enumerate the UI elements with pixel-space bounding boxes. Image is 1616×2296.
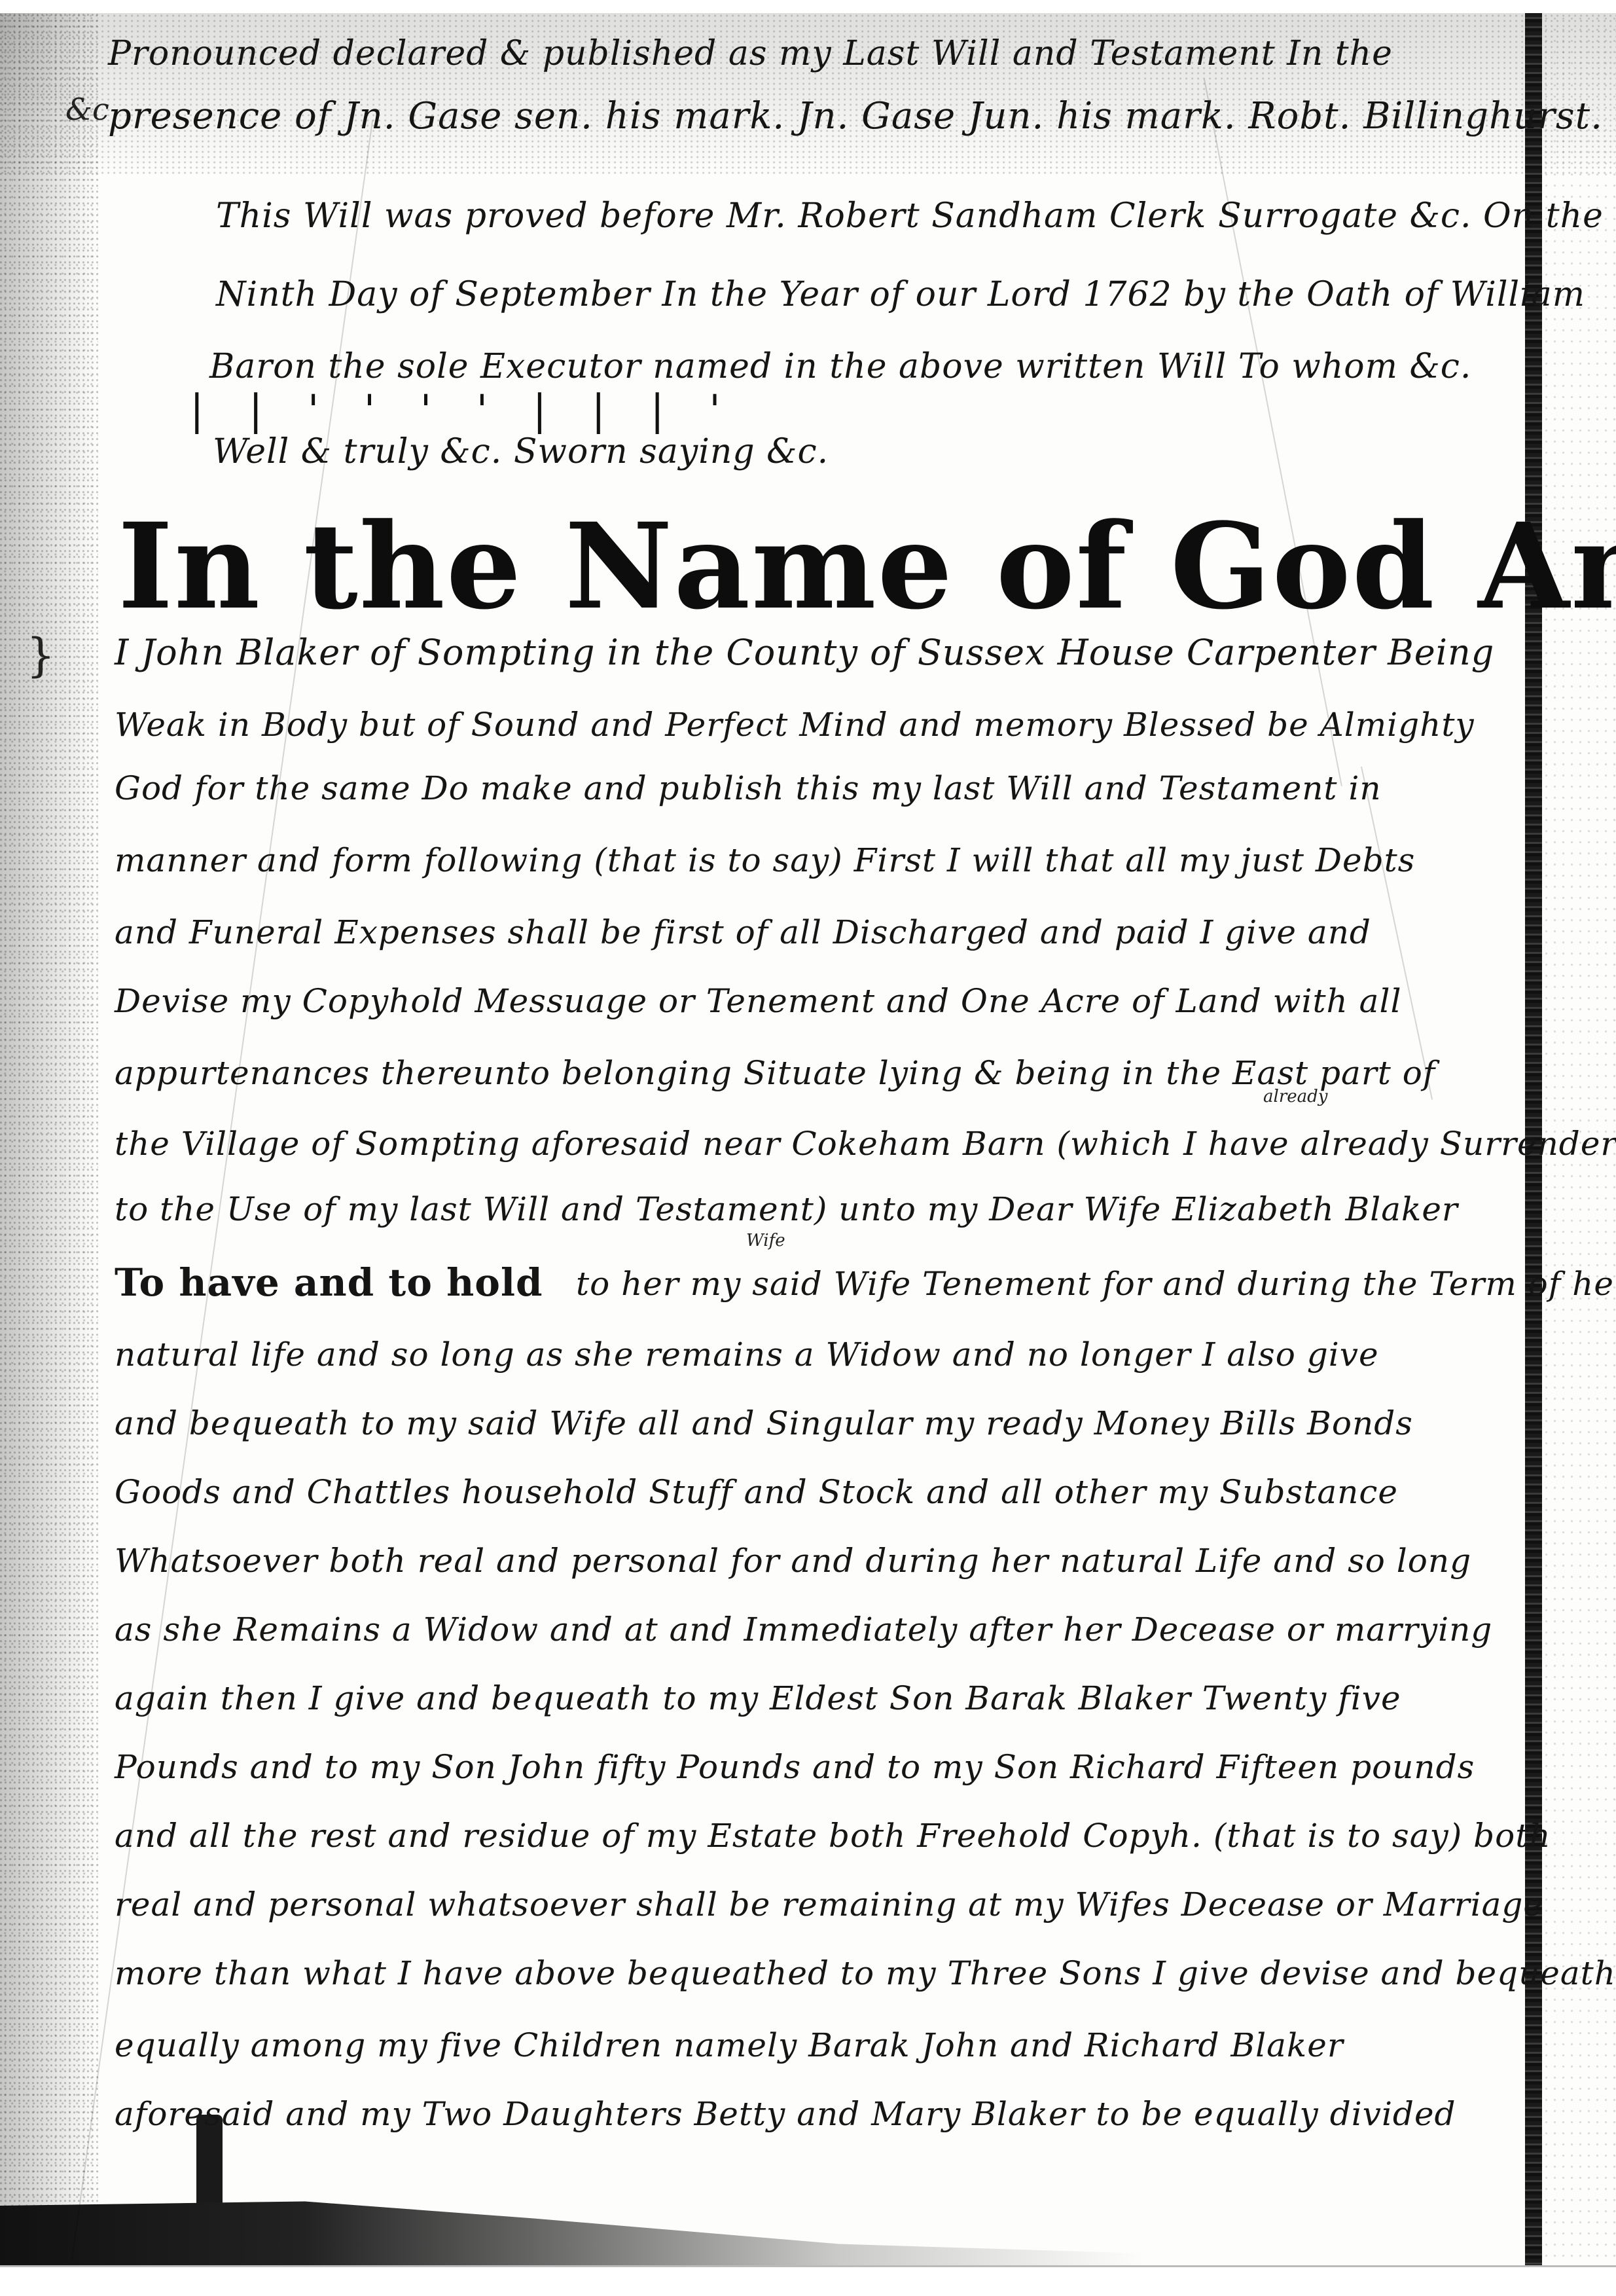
scan-top-border bbox=[0, 0, 1616, 13]
probate-line-2-witnesses: presence of Jn. Gase sen. his mark. Jn. … bbox=[108, 95, 1603, 137]
body-line-8: the Village of Sompting aforesaid near C… bbox=[115, 1125, 1616, 1163]
body-line-22: aforesaid and my Two Daughters Betty and… bbox=[115, 2095, 1456, 2133]
body-line-3: God for the same Do make and publish thi… bbox=[115, 769, 1382, 807]
body-line-12: and bequeath to my said Wife all and Sin… bbox=[115, 1404, 1413, 1442]
body-line-2: Weak in Body but of Sound and Perfect Mi… bbox=[115, 706, 1475, 744]
body-line-21: equally among my five Children namely Ba… bbox=[115, 2026, 1344, 2064]
body-line-20: more than what I have above bequeathed t… bbox=[115, 1954, 1616, 1992]
margin-note-probate: &c bbox=[65, 92, 109, 127]
body-line-19: real and personal whatsoever shall be re… bbox=[115, 1886, 1543, 1923]
mark-strokes: | | ' ' ' ' | | | ' bbox=[190, 386, 736, 435]
scan-bottom-border bbox=[0, 2265, 1616, 2296]
body-line-6: Devise my Copyhold Messuage or Tenement … bbox=[115, 982, 1401, 1020]
to-have-and-to-hold: To have and to hold bbox=[115, 1260, 543, 1305]
interlinear-wife: Wife bbox=[746, 1231, 785, 1250]
body-line-9: to the Use of my last Will and Testament… bbox=[115, 1190, 1458, 1228]
scan-noise-left bbox=[0, 13, 98, 2265]
crease-line bbox=[1361, 767, 1433, 1100]
will-heading: In the Name of God Amen bbox=[118, 498, 1505, 636]
body-line-17: Pounds and to my Son John fifty Pounds a… bbox=[115, 1748, 1475, 1786]
body-line-7: appurtenances thereunto belonging Situat… bbox=[115, 1054, 1435, 1092]
body-line-16: again then I give and bequeath to my Eld… bbox=[115, 1679, 1401, 1717]
body-line-11: natural life and so long as she remains … bbox=[115, 1336, 1379, 1374]
body-line-4: manner and form following (that is to sa… bbox=[115, 841, 1415, 879]
body-line-15: as she Remains a Widow and at and Immedi… bbox=[115, 1611, 1492, 1649]
body-line-13: Goods and Chattles household Stuff and S… bbox=[115, 1473, 1398, 1511]
body-line-10-rest: to her my said Wife Tenement for and dur… bbox=[576, 1265, 1616, 1303]
probate-line-5: Baron the sole Executor named in the abo… bbox=[209, 347, 1471, 386]
probate-line-4: Ninth Day of September In the Year of ou… bbox=[216, 275, 1585, 314]
interlinear-already: already bbox=[1263, 1087, 1327, 1106]
document-page: Pronounced declared & published as my La… bbox=[0, 0, 1616, 2296]
body-line-18: and all the rest and residue of my Estat… bbox=[115, 1817, 1551, 1855]
body-line-5: and Funeral Expenses shall be first of a… bbox=[115, 913, 1371, 951]
body-line-14: Whatsoever both real and personal for an… bbox=[115, 1542, 1471, 1580]
probate-line-1: Pronounced declared & published as my La… bbox=[108, 34, 1393, 73]
body-line-10: To have and to hold bbox=[115, 1260, 543, 1305]
margin-brace: } bbox=[26, 629, 56, 682]
body-line-1: I John Blaker of Sompting in the County … bbox=[115, 632, 1494, 673]
probate-line-6: Well & truly &c. Sworn saying &c. bbox=[213, 432, 829, 471]
crease-line bbox=[1204, 79, 1342, 786]
scan-shadow-bottom bbox=[0, 2180, 1525, 2265]
probate-line-3: This Will was proved before Mr. Robert S… bbox=[216, 196, 1616, 236]
